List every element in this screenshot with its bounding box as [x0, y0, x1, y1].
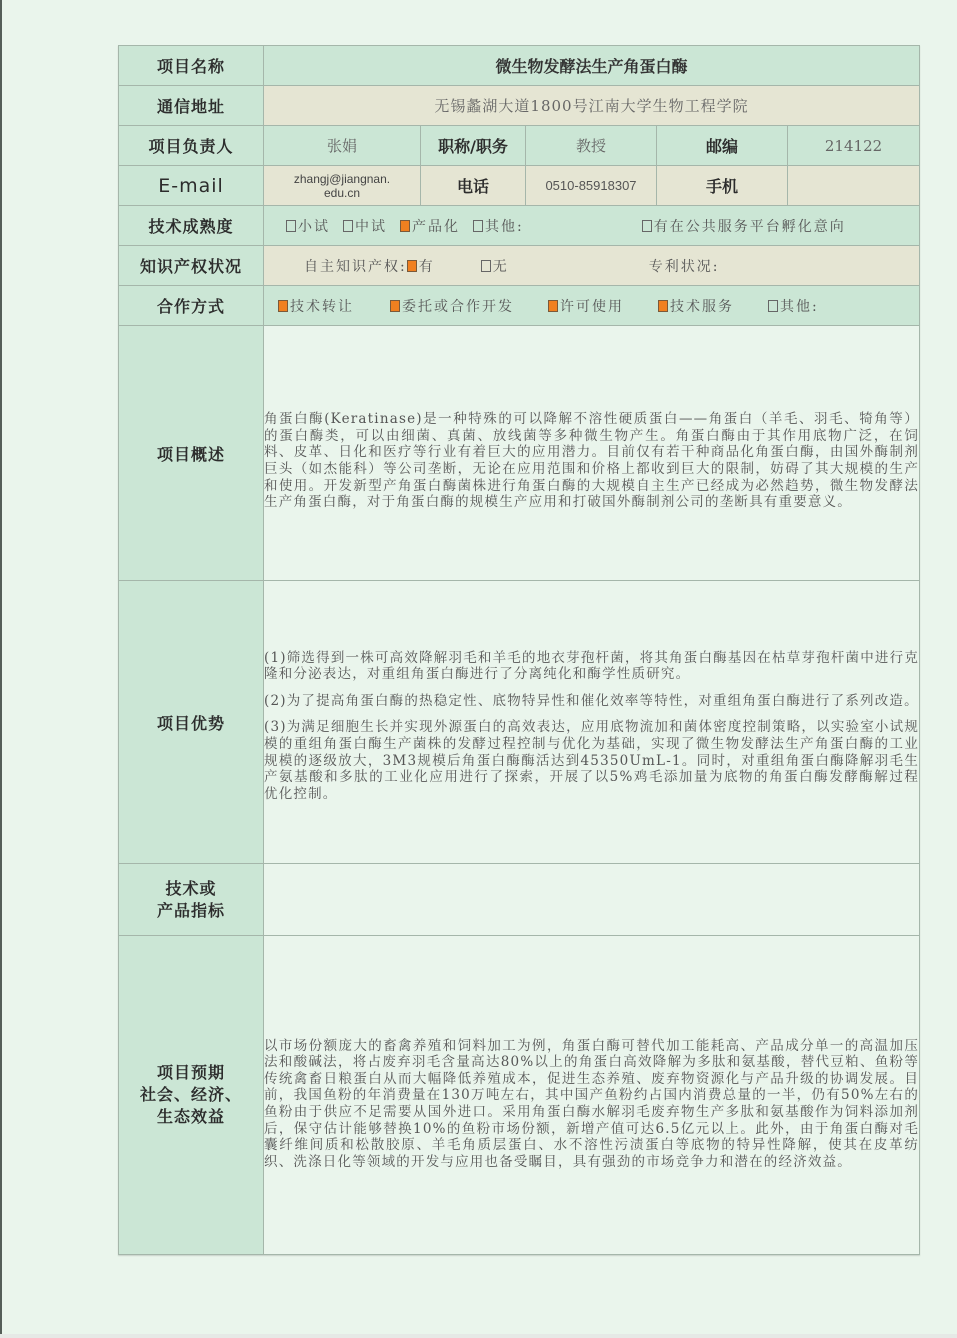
row-overview: 项目概述 角蛋白酶(Keratinase)是一种特殊的可以降解不溶性硬质蛋白——…: [119, 326, 920, 581]
email-label: E-mail: [119, 166, 264, 206]
row-project-name: 项目名称 微生物发酵法生产角蛋白酶: [119, 46, 920, 86]
address-label: 通信地址: [119, 86, 264, 126]
checkbox-icon[interactable]: [481, 260, 491, 272]
indicators-label: 技术或 产品指标: [119, 864, 264, 936]
option-label: 小试: [298, 216, 330, 236]
checkbox-checked-icon[interactable]: [548, 300, 558, 312]
project-form-table: 项目名称 微生物发酵法生产角蛋白酶 通信地址 无锡蠡湖大道1800号江南大学生物…: [118, 45, 920, 1255]
overview-paragraph: 角蛋白酶(Keratinase)是一种特殊的可以降解不溶性硬质蛋白——角蛋白（羊…: [264, 411, 919, 511]
row-ip: 知识产权状况 自主知识产权: 有 无 专利状况:: [119, 246, 920, 286]
cooperation-label: 合作方式: [119, 286, 264, 326]
row-indicators: 技术或 产品指标: [119, 864, 920, 936]
maturity-option-incubation[interactable]: 有在公共服务平台孵化意向: [642, 216, 846, 236]
address-value: 无锡蠡湖大道1800号江南大学生物工程学院: [264, 86, 920, 126]
indicators-label-line2: 产品指标: [119, 900, 263, 922]
cooperation-options: 技术转让 委托或合作开发 许可使用 技术服务 其他:: [264, 286, 920, 326]
phone-label: 电话: [421, 166, 526, 206]
zip-value: 214122: [788, 126, 920, 166]
benefits-label-line1: 项目预期: [119, 1062, 263, 1084]
maturity-option-productized[interactable]: 产品化: [400, 216, 460, 236]
checkbox-icon[interactable]: [473, 220, 483, 232]
ip-label: 知识产权状况: [119, 246, 264, 286]
checkbox-icon[interactable]: [768, 300, 778, 312]
option-label: 有在公共服务平台孵化意向: [654, 216, 846, 236]
advantages-text: (1)筛选得到一株可高效降解羽毛和羊毛的地衣芽孢杆菌，将其角蛋白酶基因在枯草芽孢…: [264, 581, 920, 864]
row-advantages: 项目优势 (1)筛选得到一株可高效降解羽毛和羊毛的地衣芽孢杆菌，将其角蛋白酶基因…: [119, 581, 920, 864]
patent-status-label: 专利状况:: [649, 256, 720, 276]
page-left-edge: [0, 0, 2, 1338]
checkbox-checked-icon[interactable]: [400, 220, 410, 232]
benefits-label: 项目预期 社会、经济、 生态效益: [119, 936, 264, 1255]
title-label: 职称/职务: [421, 126, 526, 166]
indicators-value: [264, 864, 920, 936]
mobile-label: 手机: [657, 166, 788, 206]
option-label: 中试: [355, 216, 387, 236]
row-contact: E-mail zhangj@jiangnan. edu.cn 电话 0510-8…: [119, 166, 920, 206]
maturity-option-pilot-small[interactable]: 小试: [286, 216, 330, 236]
benefits-text: 以市场份额庞大的畜禽养殖和饲料加工为例，角蛋白酶可替代加工能耗高、产品成分单一的…: [264, 936, 920, 1255]
row-cooperation: 合作方式 技术转让 委托或合作开发 许可使用 技术服务 其他:: [119, 286, 920, 326]
indicators-label-line1: 技术或: [119, 878, 263, 900]
coop-option-service[interactable]: 技术服务: [658, 296, 734, 316]
leader-label: 项目负责人: [119, 126, 264, 166]
option-label: 其他:: [485, 216, 524, 236]
option-label: 委托或合作开发: [402, 296, 514, 316]
overview-label: 项目概述: [119, 326, 264, 581]
option-label: 技术转让: [290, 296, 354, 316]
maturity-option-pilot-medium[interactable]: 中试: [343, 216, 387, 236]
option-label: 技术服务: [670, 296, 734, 316]
email-value-line2: edu.cn: [264, 186, 420, 200]
project-name-value: 微生物发酵法生产角蛋白酶: [264, 46, 920, 86]
row-leader: 项目负责人 张娟 职称/职务 教授 邮编 214122: [119, 126, 920, 166]
advantage-paragraph-1: (1)筛选得到一株可高效降解羽毛和羊毛的地衣芽孢杆菌，将其角蛋白酶基因在枯草芽孢…: [264, 650, 919, 683]
coop-option-joint-dev[interactable]: 委托或合作开发: [390, 296, 514, 316]
ip-options: 自主知识产权: 有 无 专利状况:: [264, 246, 920, 286]
maturity-label: 技术成熟度: [119, 206, 264, 246]
checkbox-checked-icon[interactable]: [407, 260, 417, 272]
ip-option-yes[interactable]: 有: [407, 256, 435, 276]
row-address: 通信地址 无锡蠡湖大道1800号江南大学生物工程学院: [119, 86, 920, 126]
checkbox-checked-icon[interactable]: [390, 300, 400, 312]
email-value-line1: zhangj@jiangnan.: [264, 172, 420, 186]
advantage-paragraph-2: (2)为了提高角蛋白酶的热稳定性、底物特异性和催化效率等特性，对重组角蛋白酶进行…: [264, 693, 919, 710]
advantage-paragraph-3: (3)为满足细胞生长并实现外源蛋白的高效表达，应用底物流加和菌体密度控制策略，以…: [264, 719, 919, 802]
benefits-label-line2: 社会、经济、: [119, 1084, 263, 1106]
benefits-paragraph: 以市场份额庞大的畜禽养殖和饲料加工为例，角蛋白酶可替代加工能耗高、产品成分单一的…: [264, 1038, 919, 1171]
checkbox-icon[interactable]: [642, 220, 652, 232]
coop-option-license[interactable]: 许可使用: [548, 296, 624, 316]
page-bottom-edge: [0, 1334, 957, 1338]
coop-option-transfer[interactable]: 技术转让: [278, 296, 354, 316]
checkbox-icon[interactable]: [343, 220, 353, 232]
maturity-options: 小试 中试 产品化 其他: 有在公共服务平台孵化意向: [264, 206, 920, 246]
checkbox-checked-icon[interactable]: [278, 300, 288, 312]
ip-option-no[interactable]: 无: [481, 256, 509, 276]
option-label: 产品化: [412, 216, 460, 236]
option-label: 其他:: [780, 296, 819, 316]
option-label: 有: [419, 256, 435, 276]
zip-label: 邮编: [657, 126, 788, 166]
mobile-value: [788, 166, 920, 206]
row-maturity: 技术成熟度 小试 中试 产品化 其他: 有在公共服务平台孵化意向: [119, 206, 920, 246]
own-ip-label: 自主知识产权:: [304, 256, 407, 276]
advantages-label: 项目优势: [119, 581, 264, 864]
overview-text: 角蛋白酶(Keratinase)是一种特殊的可以降解不溶性硬质蛋白——角蛋白（羊…: [264, 326, 920, 581]
email-value: zhangj@jiangnan. edu.cn: [264, 166, 421, 206]
option-label: 无: [493, 256, 509, 276]
maturity-option-other[interactable]: 其他:: [473, 216, 524, 236]
leader-value: 张娟: [264, 126, 421, 166]
option-label: 许可使用: [560, 296, 624, 316]
project-name-label: 项目名称: [119, 46, 264, 86]
row-benefits: 项目预期 社会、经济、 生态效益 以市场份额庞大的畜禽养殖和饲料加工为例，角蛋白…: [119, 936, 920, 1255]
email-label-text: E-mail: [158, 175, 224, 197]
phone-value: 0510-85918307: [526, 166, 657, 206]
checkbox-icon[interactable]: [286, 220, 296, 232]
benefits-label-line3: 生态效益: [119, 1106, 263, 1128]
coop-option-other[interactable]: 其他:: [768, 296, 819, 316]
checkbox-checked-icon[interactable]: [658, 300, 668, 312]
title-value: 教授: [526, 126, 657, 166]
